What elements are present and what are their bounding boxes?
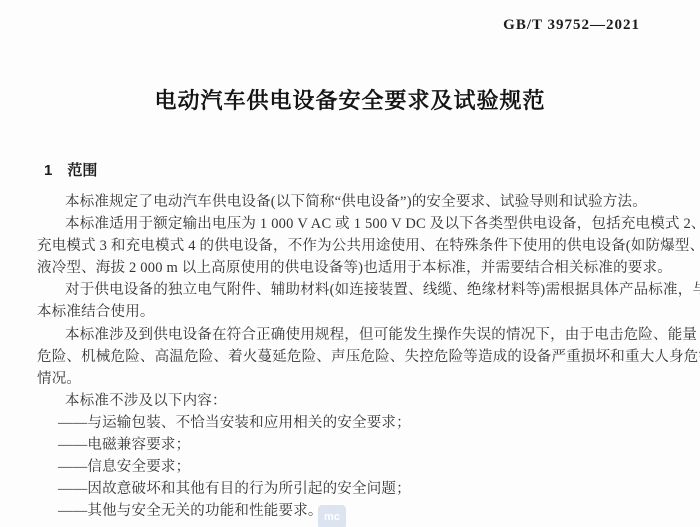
paragraph-line: 液冷型、海拔 2 000 m 以上高原使用的供电设备等)也适用于本标准，并需要结… <box>37 257 677 279</box>
paragraph-line: 本标准适用于额定输出电压为 1 000 V AC 或 1 500 V DC 及以… <box>37 213 677 235</box>
paragraph-line: 本标准涉及到供电设备在符合正确使用规程，但可能发生操作失误的情况下，由于电击危险… <box>37 324 677 346</box>
paragraph-line: 本标准规定了电动汽车供电设备(以下简称“供电设备”)的安全要求、试验导则和试验方… <box>37 191 677 213</box>
scope-body: 本标准规定了电动汽车供电设备(以下简称“供电设备”)的安全要求、试验导则和试验方… <box>37 191 677 522</box>
standard-document-page: GB/T 39752—2021 电动汽车供电设备安全要求及试验规范 1范围 本标… <box>0 0 700 527</box>
page-title: 电动汽车供电设备安全要求及试验规范 <box>0 84 700 115</box>
doc-number: GB/T 39752—2021 <box>503 17 640 34</box>
watermark-badge: mc <box>318 505 346 527</box>
watermark-label: mc <box>324 511 340 523</box>
scope-list-item: ——电磁兼容要求； <box>37 434 677 456</box>
scope-list-item: ——因故意破坏和其他有目的行为所引起的安全问题； <box>37 478 677 500</box>
section-number: 1 <box>44 162 52 179</box>
scope-list-item: ——信息安全要求； <box>37 456 677 478</box>
paragraph-line: 危险、机械危险、高温危险、着火蔓延危险、声压危险、失控危险等造成的设备严重损坏和… <box>37 346 677 368</box>
paragraph-line: 本标准结合使用。 <box>37 301 677 323</box>
paragraph-line: 对于供电设备的独立电气附件、辅助材料(如连接装置、线缆、绝缘材料等)需根据具体产… <box>37 279 677 301</box>
paragraph-line: 充电模式 3 和充电模式 4 的供电设备，不作为公共用途使用、在特殊条件下使用的… <box>37 235 677 257</box>
section-label: 范围 <box>67 162 97 179</box>
paragraph-line: 情况。 <box>37 368 677 390</box>
section-heading: 1范围 <box>44 159 97 180</box>
paragraph-line: 本标准不涉及以下内容： <box>37 390 677 412</box>
scope-list-item: ——其他与安全无关的功能和性能要求。 <box>37 500 677 522</box>
scope-list-item: ——与运输包装、不恰当安装和应用相关的安全要求； <box>37 412 677 434</box>
